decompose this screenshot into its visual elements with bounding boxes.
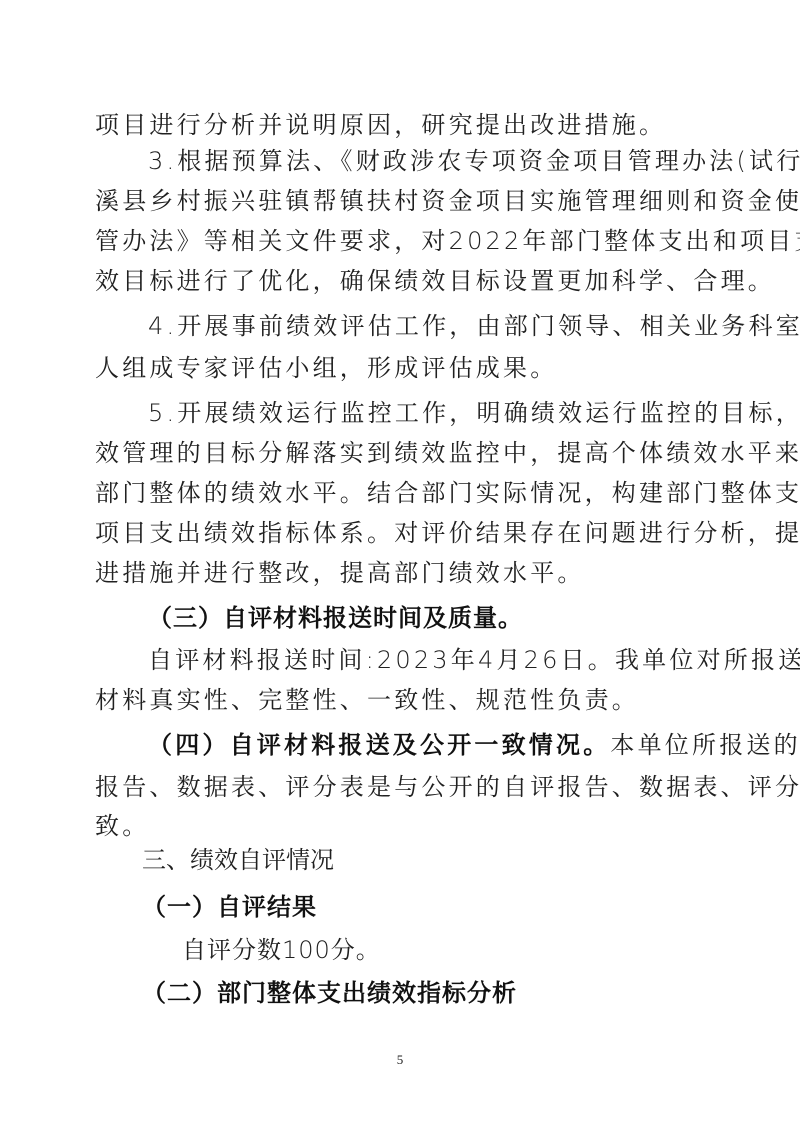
paragraph-line: 项目进行分析并说明原因，研究提出改进措施。 <box>95 110 707 140</box>
paragraph-line: 自评材料报送时间:2023年4月26日。我单位对所报送自评 <box>148 645 707 675</box>
inline-text: 本单位所报送的自评 <box>610 731 800 759</box>
paragraph-line: 人组成专家评估小组，形成评估成果。 <box>95 353 707 383</box>
paragraph-line: 4.开展事前绩效评估工作，由部门领导、相关业务科室负责 <box>148 311 707 341</box>
section-heading: 三、绩效自评情况 <box>142 845 754 875</box>
paragraph-line: 进措施并进行整改，提高部门绩效水平。 <box>95 558 707 588</box>
paragraph-line: 3.根据预算法、《财政涉农专项资金项目管理办法(试行)》、《遂 <box>148 146 707 176</box>
paragraph-line: 效管理的目标分解落实到绩效监控中，提高个体绩效水平来改进 <box>95 438 707 468</box>
document-page: 项目进行分析并说明原因，研究提出改进措施。 3.根据预算法、《财政涉农专项资金项… <box>0 0 800 1130</box>
paragraph-line: 5.开展绩效运行监控工作，明确绩效运行监控的目标，把绩 <box>148 398 707 428</box>
paragraph-line: 管办法》等相关文件要求，对2022年部门整体支出和项目支出绩 <box>95 226 707 256</box>
paragraph-line: （四）自评材料报送及公开一致情况。本单位所报送的自评 <box>148 730 707 760</box>
subsection-heading: （一）自评结果 <box>142 892 754 922</box>
paragraph-line: 致。 <box>95 811 707 841</box>
subsection-heading: （二）部门整体支出绩效指标分析 <box>142 978 754 1008</box>
paragraph-line: 溪县乡村振兴驻镇帮镇扶村资金项目实施管理细则和资金使用监 <box>95 186 707 216</box>
paragraph-line: 项目支出绩效指标体系。对评价结果存在问题进行分析，提出改 <box>95 518 707 548</box>
paragraph-line: 报告、数据表、评分表是与公开的自评报告、数据表、评分表一 <box>95 772 707 802</box>
paragraph-line: 自评分数100分。 <box>182 935 794 965</box>
paragraph-line: 部门整体的绩效水平。结合部门实际情况，构建部门整体支出和 <box>95 478 707 508</box>
section-heading: （三）自评材料报送时间及质量。 <box>148 603 707 633</box>
paragraph-line: 材料真实性、完整性、一致性、规范性负责。 <box>95 685 707 715</box>
inline-heading: （四）自评材料报送及公开一致情况。 <box>148 731 610 759</box>
paragraph-line: 效目标进行了优化，确保绩效目标设置更加科学、合理。 <box>95 266 707 296</box>
page-number: 5 <box>393 1052 407 1068</box>
